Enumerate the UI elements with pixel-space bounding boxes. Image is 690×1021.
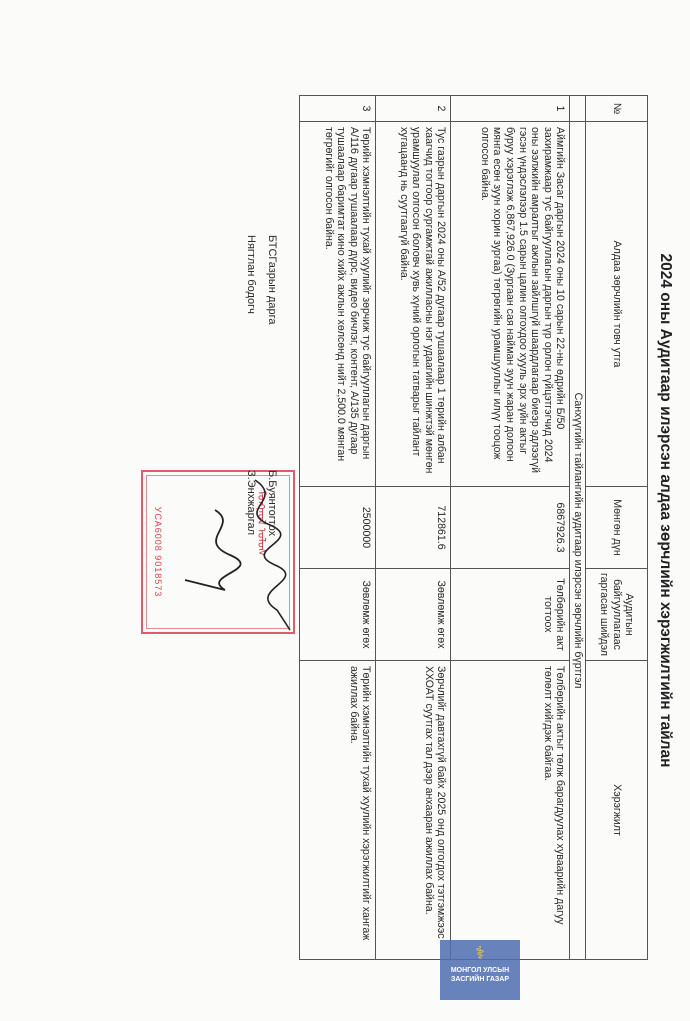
row-no: 2	[376, 96, 451, 122]
section-row: Санхүүгийн тайлангийн аудитаар илэрсэн з…	[570, 96, 586, 960]
section-title: Санхүүгийн тайлангийн аудитаар илэрсэн з…	[570, 122, 586, 960]
soyombo-icon: ⚕	[440, 940, 520, 966]
stamp-code: УСА6008 9018573	[153, 482, 163, 622]
row-amount: 712861.6	[376, 487, 451, 569]
header-measure: Хэрэгжилт	[586, 661, 648, 960]
header-decision: Аудитын байгууллагаас гаргасан шийдэл	[586, 569, 648, 661]
document-page: 2024 оны Аудитаар илэрсэн алдаа зөрчлийн…	[0, 0, 690, 1021]
header-amount: Мөнгөн дүн	[586, 487, 648, 569]
row-measure: Төлбөрийн актыг төлж барагдуулах хуваари…	[451, 661, 570, 960]
report-title: 2024 оны Аудитаар илэрсэн алдаа зөрчлийн…	[656, 0, 674, 1021]
row-decision: Зөвлөмж өгөх	[376, 569, 451, 661]
signature-row: БТСГазрын дарга Б.Буянтогтох	[261, 235, 282, 536]
row-amount: 6867926.3	[451, 487, 570, 569]
table-row: 3 Төрийн хэмнэлтийн тухай хуулийг зөрчиж…	[300, 96, 376, 960]
table-header-row: № Алдаа зөрчлийн товч утга Мөнгөн дүн Ау…	[586, 96, 648, 960]
logo-line1: МОНГОЛ УЛСЫН	[440, 966, 520, 975]
row-decision: Зөвлөмж өгөх	[300, 569, 376, 661]
signature-block: БТСГазрын дарга Б.Буянтогтох Нягтлан бод…	[240, 235, 282, 536]
signer-name: Б.Буянтогтох	[261, 470, 282, 536]
signer-name: З.Энхжаргал	[240, 470, 261, 535]
government-logo: ⚕ МОНГОЛ УЛСЫН ЗАСГИЙН ГАЗАР	[440, 940, 520, 1000]
row-description: Төрийн хэмнэлтийн тухай хуулийг зөрчиж т…	[300, 122, 376, 487]
row-amount: 2500000	[300, 487, 376, 569]
logo-line2: ЗАСГИЙН ГАЗАР	[440, 975, 520, 984]
row-no: 1	[451, 96, 570, 122]
row-measure: Зөрчлийг давтахгүй байх 2025 онд олгогдо…	[376, 661, 451, 960]
signature-row: Нягтлан бодогч З.Энхжаргал	[240, 235, 261, 536]
header-no: №	[586, 96, 648, 122]
row-no: 3	[300, 96, 376, 122]
row-description: Аймгийн Засаг даргын 2024 оны 10 сарын 2…	[451, 122, 570, 487]
row-measure: Төрийн хэмнэлтийн тухай хуулийн хэрэгжил…	[300, 661, 376, 960]
signer-role: БТСГазрын дарга	[261, 235, 282, 470]
row-description: Тус газрын даргын 2024 оны А/52 дугаар т…	[376, 122, 451, 487]
signer-role: Нягтлан бодогч	[240, 235, 261, 470]
row-decision: Төлбөрийн акт тогтоох	[451, 569, 570, 661]
violations-table: № Алдаа зөрчлийн товч утга Мөнгөн дүн Ау…	[299, 95, 648, 960]
header-description: Алдаа зөрчлийн товч утга	[586, 122, 648, 487]
table-row: 1 Аймгийн Засаг даргын 2024 оны 10 сарын…	[451, 96, 570, 960]
table-row: 2 Тус газрын даргын 2024 оны А/52 дугаар…	[376, 96, 451, 960]
